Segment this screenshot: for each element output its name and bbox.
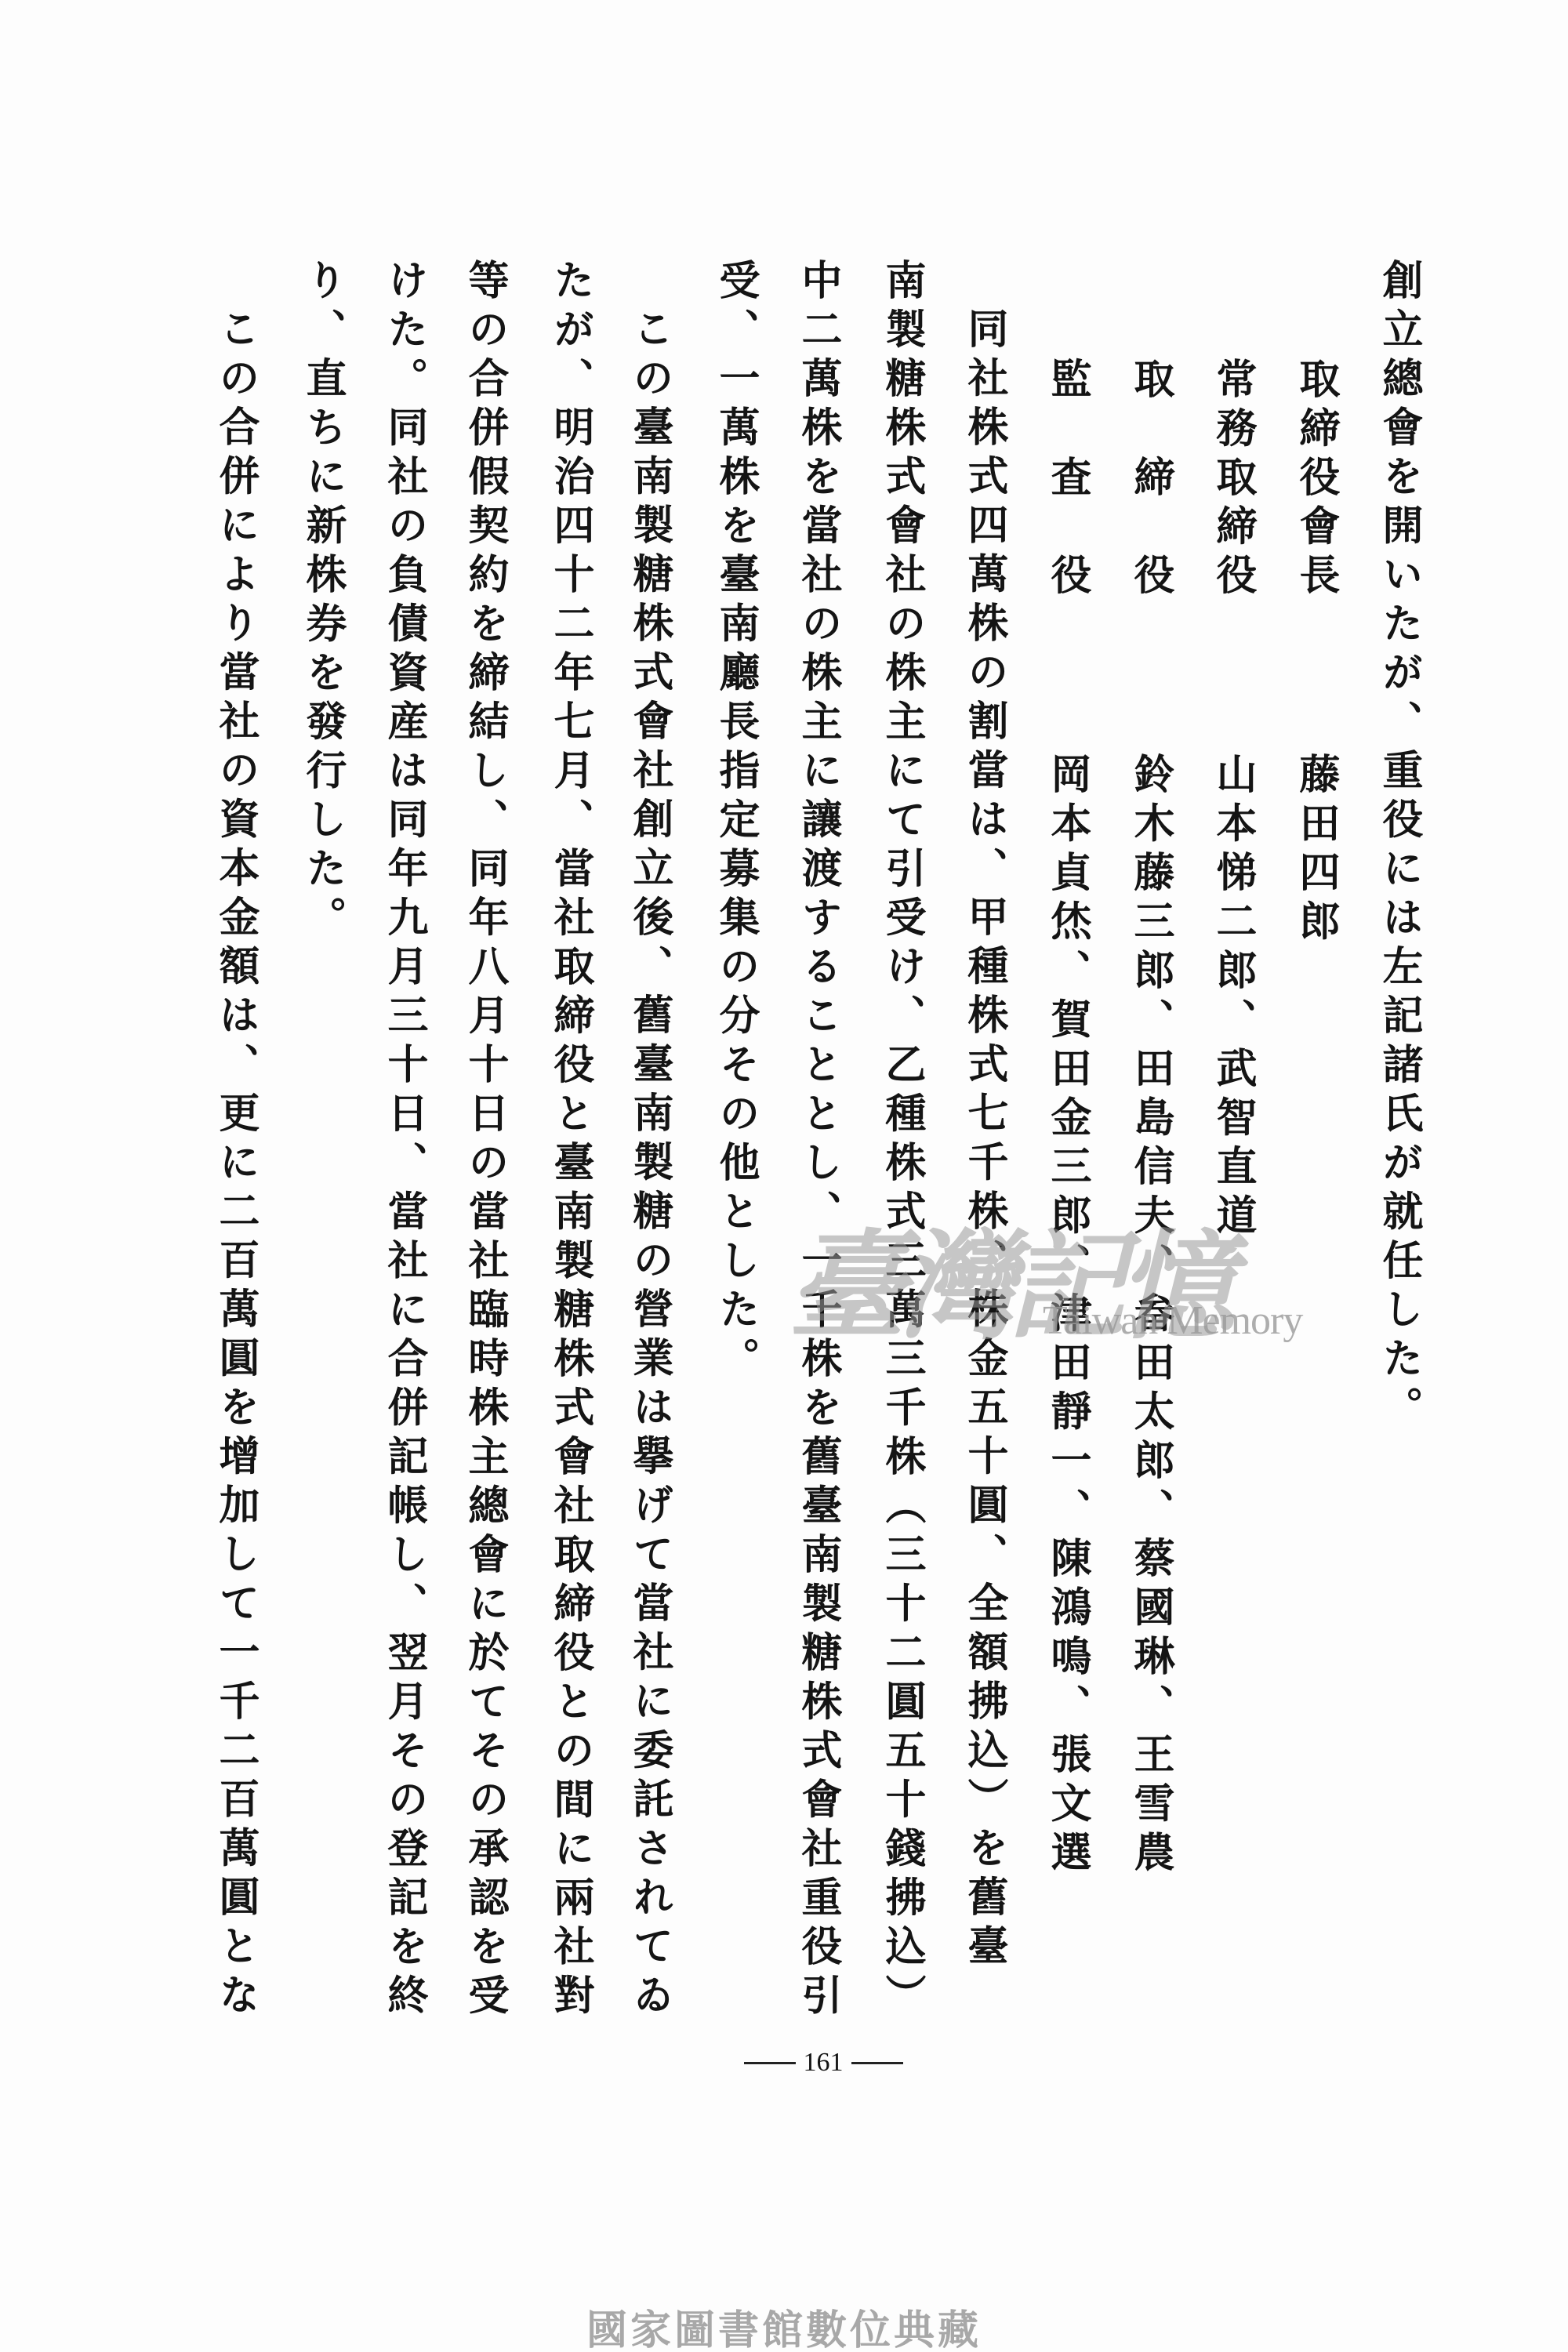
text-column: 等の合併假契約を締結し、同年八月十日の當社臨時株主總會に於てその承認を受 bbox=[459, 259, 510, 2023]
text-column: 常務取締役 bbox=[1207, 358, 1258, 603]
national-library-footer-watermark: 國家圖書館數位典藏 bbox=[0, 2297, 1568, 2352]
text-column: 岡本貞烋、賀田金三郎、津田靜一、陳鴻鳴、張文選 bbox=[1042, 753, 1092, 1880]
text-column: 監 査 役 bbox=[1042, 358, 1092, 603]
text-column: 取 締 役 bbox=[1125, 358, 1175, 603]
page-number: 161 bbox=[729, 2048, 917, 2078]
page-number-value: 161 bbox=[804, 2048, 844, 2078]
text-column: 山本悌二郎、武智直道 bbox=[1207, 753, 1258, 1243]
text-column: 同社株式四萬株の割當は、甲種株式七千株、株金五十圓、全額拂込）を舊臺 bbox=[959, 307, 1009, 1973]
text-column: 中二萬株を當社の株主に讓渡することとし、一千株を舊臺南製糖株式會社重役引 bbox=[793, 259, 843, 2023]
text-column: 南製糖株式會社の株主にて引受け、乙種株式三萬三千株（三十二圓五十錢拂込） bbox=[877, 259, 927, 2023]
text-column: この臺南製糖株式會社創立後、舊臺南製糖の營業は擧げて當社に委託されてゐ bbox=[624, 307, 674, 2023]
text-column: り、直ちに新株券を發行した。 bbox=[297, 259, 347, 945]
text-column: たが、明治四十二年七月、當社取締役と臺南製糖株式會社取締役との間に兩社對 bbox=[545, 259, 595, 2023]
text-column: 藤田四郎 bbox=[1290, 753, 1341, 949]
page-number-dash-left bbox=[744, 2062, 796, 2064]
text-column: この合併により當社の資本金額は、更に二百萬圓を增加して一千二百萬圓とな bbox=[210, 307, 260, 2023]
text-column: 鈴木藤三郎、田島信夫、畚田太郎、蔡國琳、王雪農 bbox=[1125, 753, 1175, 1880]
scanned-book-page: 創立總會を開いたが、重役には左記諸氏が就任した。取締役會長藤田四郎常務取締役山本… bbox=[0, 0, 1568, 2352]
text-column: 受、一萬株を臺南廳長指定募集の分その他とした。 bbox=[710, 259, 760, 1386]
text-column: 創立總會を開いたが、重役には左記諸氏が就任した。 bbox=[1374, 259, 1424, 1435]
text-column: 取締役會長 bbox=[1290, 358, 1341, 603]
page-number-dash-right bbox=[851, 2062, 903, 2064]
text-column: けた。同社の負債資産は同年九月三十日、當社に合併記帳し、翌月その登記を終 bbox=[379, 259, 429, 2023]
